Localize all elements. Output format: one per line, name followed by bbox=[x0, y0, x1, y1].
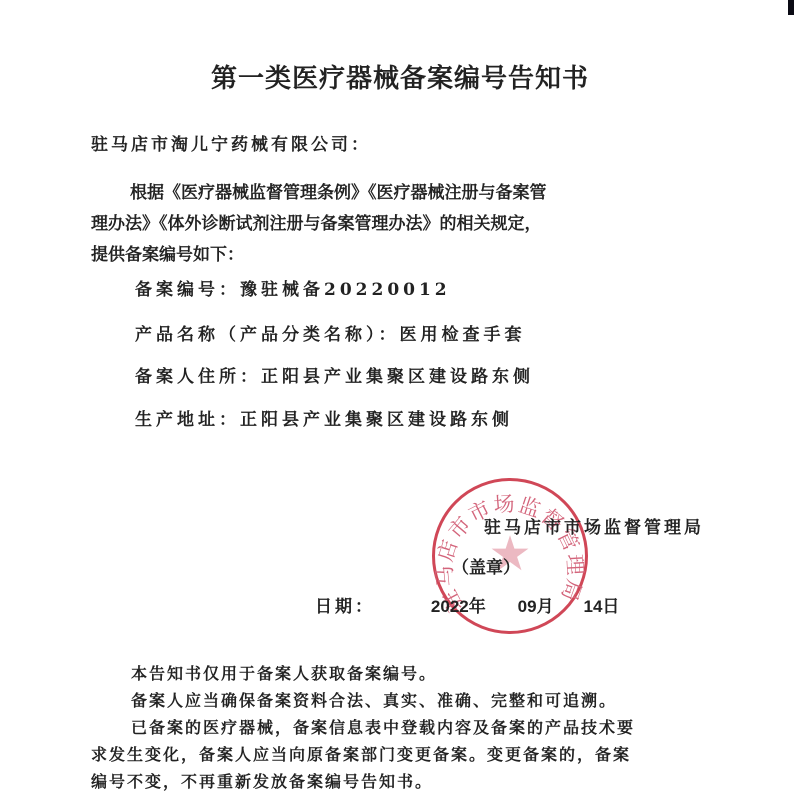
field-production-address: 生产地址：正阳县产业集聚区建设路东侧 bbox=[135, 405, 513, 430]
field-label: 生产地址： bbox=[135, 410, 240, 430]
field-label: 产品名称（产品分类名称）： bbox=[135, 325, 400, 345]
date-month: 09月 bbox=[518, 592, 554, 617]
scan-edge-mark bbox=[788, 0, 794, 15]
addressee: 驻马店市淘儿宁药械有限公司： bbox=[91, 130, 371, 155]
field-value: 医用检查手套 bbox=[400, 325, 526, 345]
intro-paragraph: 根据《医疗器械监督管理条例》《医疗器械注册与备案管 理办法》《体外诊断试剂注册与… bbox=[91, 178, 711, 271]
note-line-1: 本告知书仅用于备案人获取备案编号。 bbox=[91, 660, 721, 687]
field-filing-number: 备案编号：豫驻械备20220012 bbox=[135, 275, 451, 300]
issue-date: 日期： 2022年 09月 14日 bbox=[315, 592, 619, 617]
issuing-authority: 驻马店市市场监督管理局 bbox=[484, 513, 704, 538]
intro-line-1: 根据《医疗器械监督管理条例》《医疗器械注册与备案管 bbox=[91, 178, 711, 209]
notes-section: 本告知书仅用于备案人获取备案编号。 备案人应当确保备案资料合法、真实、准确、完整… bbox=[91, 660, 721, 795]
field-value: 正阳县产业集聚区建设路东侧 bbox=[261, 367, 534, 387]
document-title: 第一类医疗器械备案编号告知书 bbox=[0, 58, 800, 95]
note-line-4: 求发生变化，备案人应当向原备案部门变更备案。变更备案的，备案 bbox=[91, 741, 721, 768]
date-year: 2022年 bbox=[431, 592, 486, 617]
note-line-2: 备案人应当确保备案资料合法、真实、准确、完整和可追溯。 bbox=[91, 687, 721, 714]
date-label: 日期： bbox=[315, 592, 375, 617]
intro-line-2: 理办法》《体外诊断试剂注册与备案管理办法》的相关规定， bbox=[91, 209, 711, 240]
field-label: 备案人住所： bbox=[135, 367, 261, 387]
stamp-note: （盖章） bbox=[452, 553, 520, 578]
field-value: 豫驻械备20220012 bbox=[240, 280, 451, 300]
field-registrant-address: 备案人住所：正阳县产业集聚区建设路东侧 bbox=[135, 362, 534, 387]
field-product-name: 产品名称（产品分类名称）：医用检查手套 bbox=[135, 320, 526, 345]
note-line-3: 已备案的医疗器械，备案信息表中登载内容及备案的产品技术要 bbox=[91, 714, 721, 741]
intro-line-3: 提供备案编号如下： bbox=[91, 240, 711, 271]
field-value: 正阳县产业集聚区建设路东侧 bbox=[240, 410, 513, 430]
date-day: 14日 bbox=[584, 592, 620, 617]
note-line-5: 编号不变，不再重新发放备案编号告知书。 bbox=[91, 768, 721, 795]
field-label: 备案编号： bbox=[135, 280, 240, 300]
